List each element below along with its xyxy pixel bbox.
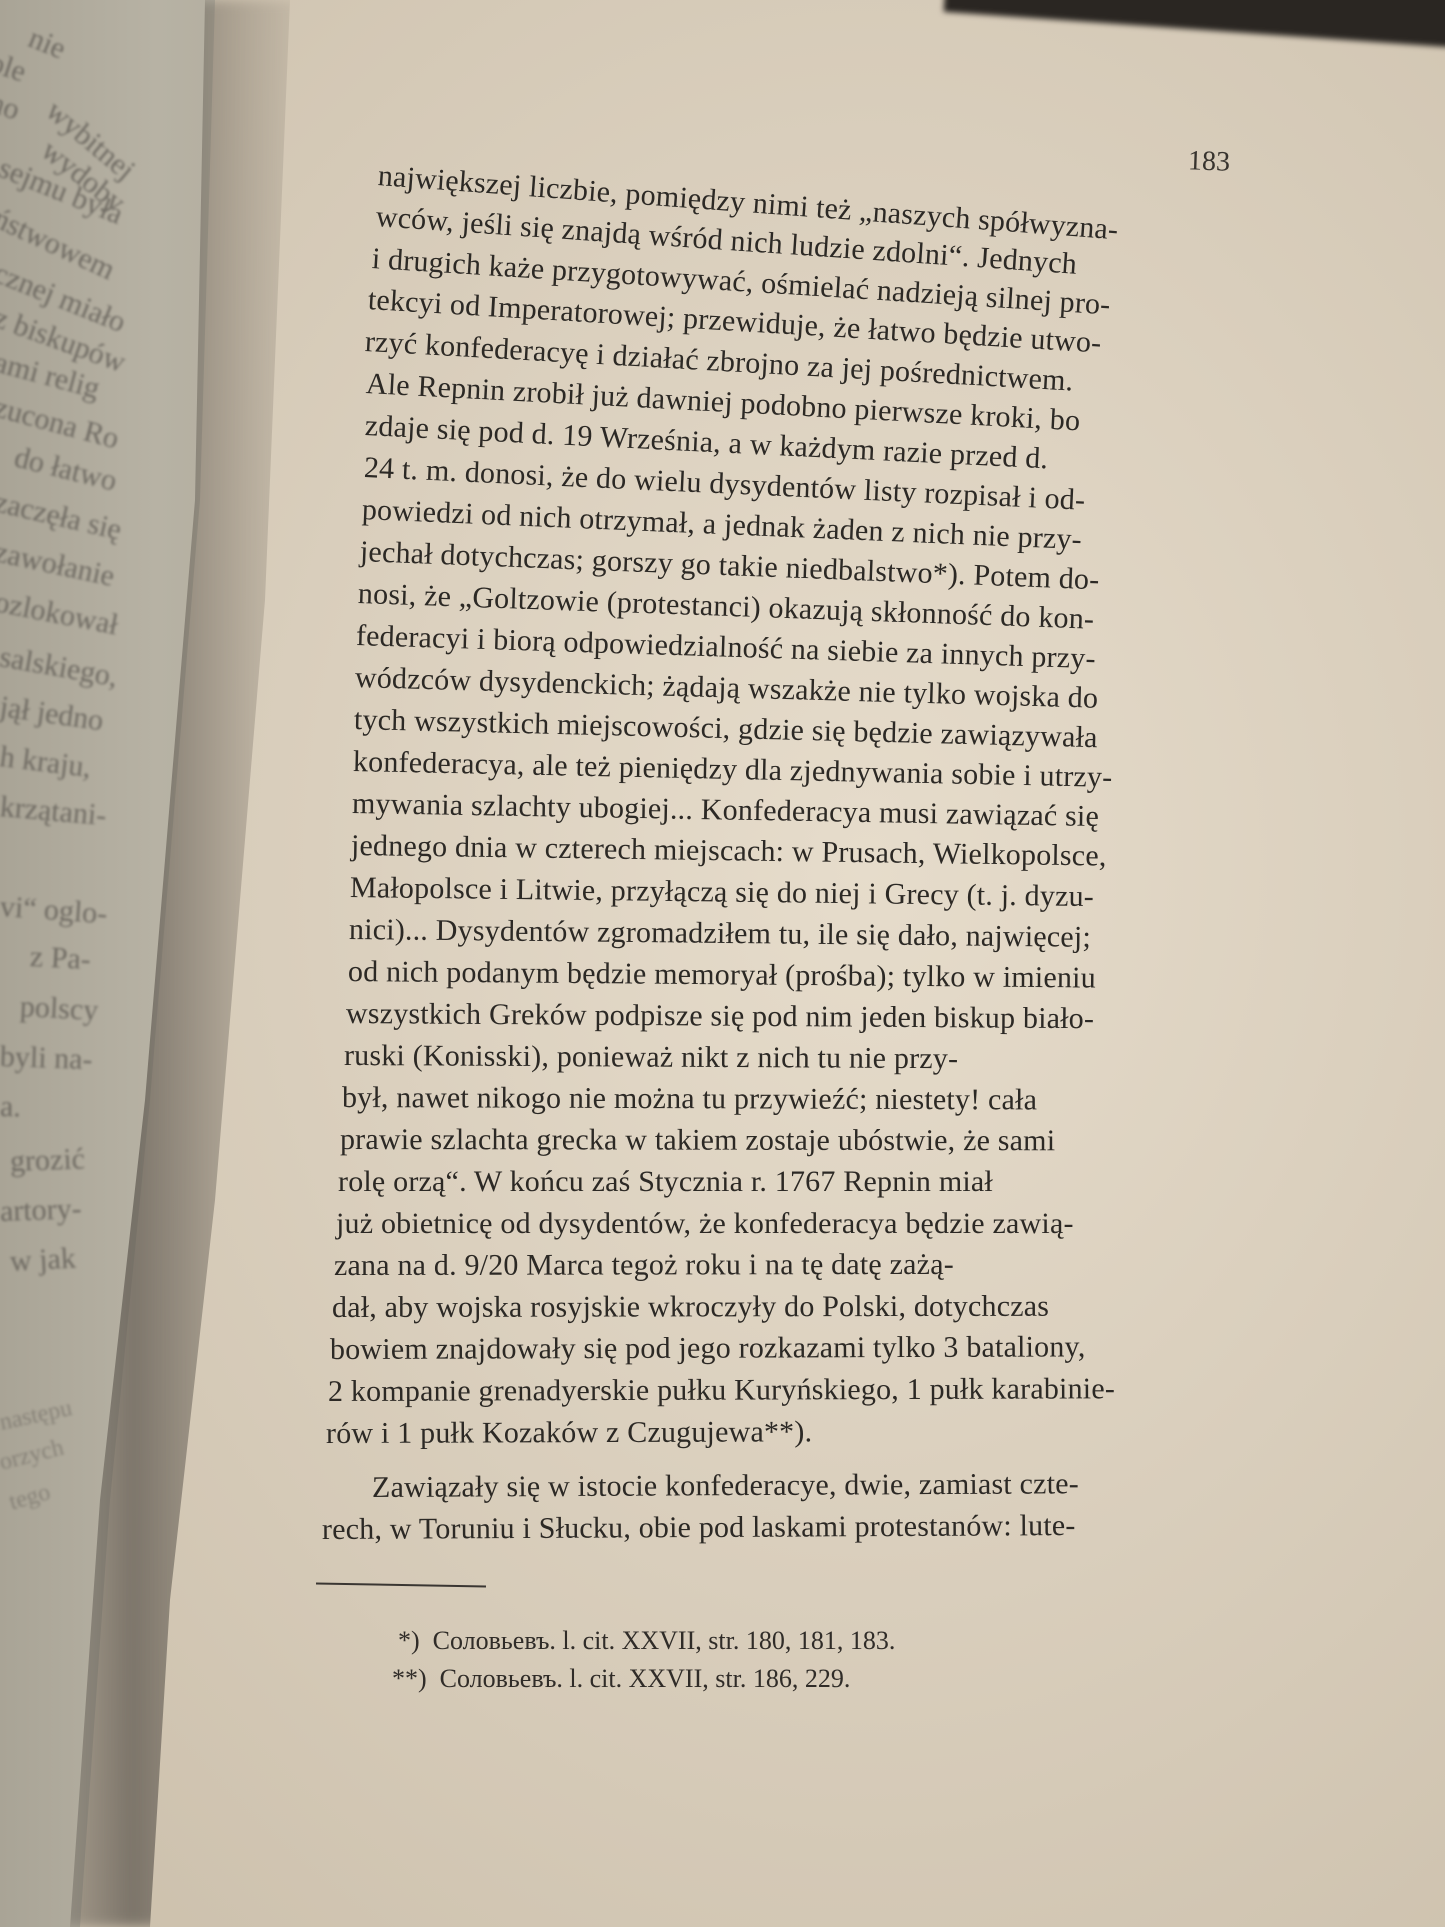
text-line: był, nawet nikogo nie można tu przywieźć… (342, 1080, 1037, 1118)
text-line: od nich podanym będzie memoryał (prośba)… (348, 954, 1096, 997)
text-line: Małopolsce i Litwie, przyłączą się do ni… (350, 870, 1094, 915)
footnote-2: **) Соловьевъ. l. cit. XXVII, str. 186, … (392, 1664, 850, 1694)
text-line: bowiem znajdowały się pod jego rozkazami… (330, 1329, 1086, 1368)
footnote-mark: **) (392, 1664, 427, 1693)
text-line-paragraph-start: Zawiązały się w istocie konfederacye, dw… (372, 1466, 1079, 1506)
text-line: dał, aby wojska rosyjskie wkroczyły do P… (332, 1289, 1049, 1326)
footnote-text: Соловьевъ. l. cit. XXVII, str. 180, 181,… (433, 1626, 896, 1655)
text-line: mywania szlachty ubogiej... Konfederacya… (352, 786, 1100, 835)
text-line: rech, w Toruniu i Słucku, obie pod laska… (322, 1508, 1076, 1548)
footnote-1: *) Соловьевъ. l. cit. XXVII, str. 180, 1… (398, 1626, 895, 1656)
footnote-mark: *) (398, 1626, 420, 1655)
text-line: rów i 1 pułk Kozaków z Czugujewa**). (326, 1414, 812, 1452)
text-line: rolę orzą“. W końcu zaś Stycznia r. 1767… (338, 1164, 993, 1200)
footnote-text: Соловьевъ. l. cit. XXVII, str. 186, 229. (440, 1664, 851, 1693)
text-line: jednego dnia w czterech miejscach: w Pru… (351, 828, 1107, 875)
book-photo: nie ple no wybitnej wydoby sejmu była ńs… (0, 0, 1445, 1927)
text-line: zana na d. 9/20 Marca tegoż roku i na tę… (334, 1247, 954, 1284)
text-line: wszystkich Greków podpisze się pod nim j… (346, 996, 1094, 1037)
text-line: już obietnicę od dysydentów, że konfeder… (336, 1206, 1074, 1242)
text-line: nici)... Dysydentów zgromadziłem tu, ile… (349, 912, 1091, 956)
text-line: 2 kompanie grenadyerskie pułku Kuryńskie… (328, 1371, 1115, 1410)
text-line: ruski (Konisski), ponieważ nikt z nich t… (344, 1038, 958, 1077)
text-line: prawie szlachta grecka w takiem zostaje … (340, 1122, 1055, 1159)
